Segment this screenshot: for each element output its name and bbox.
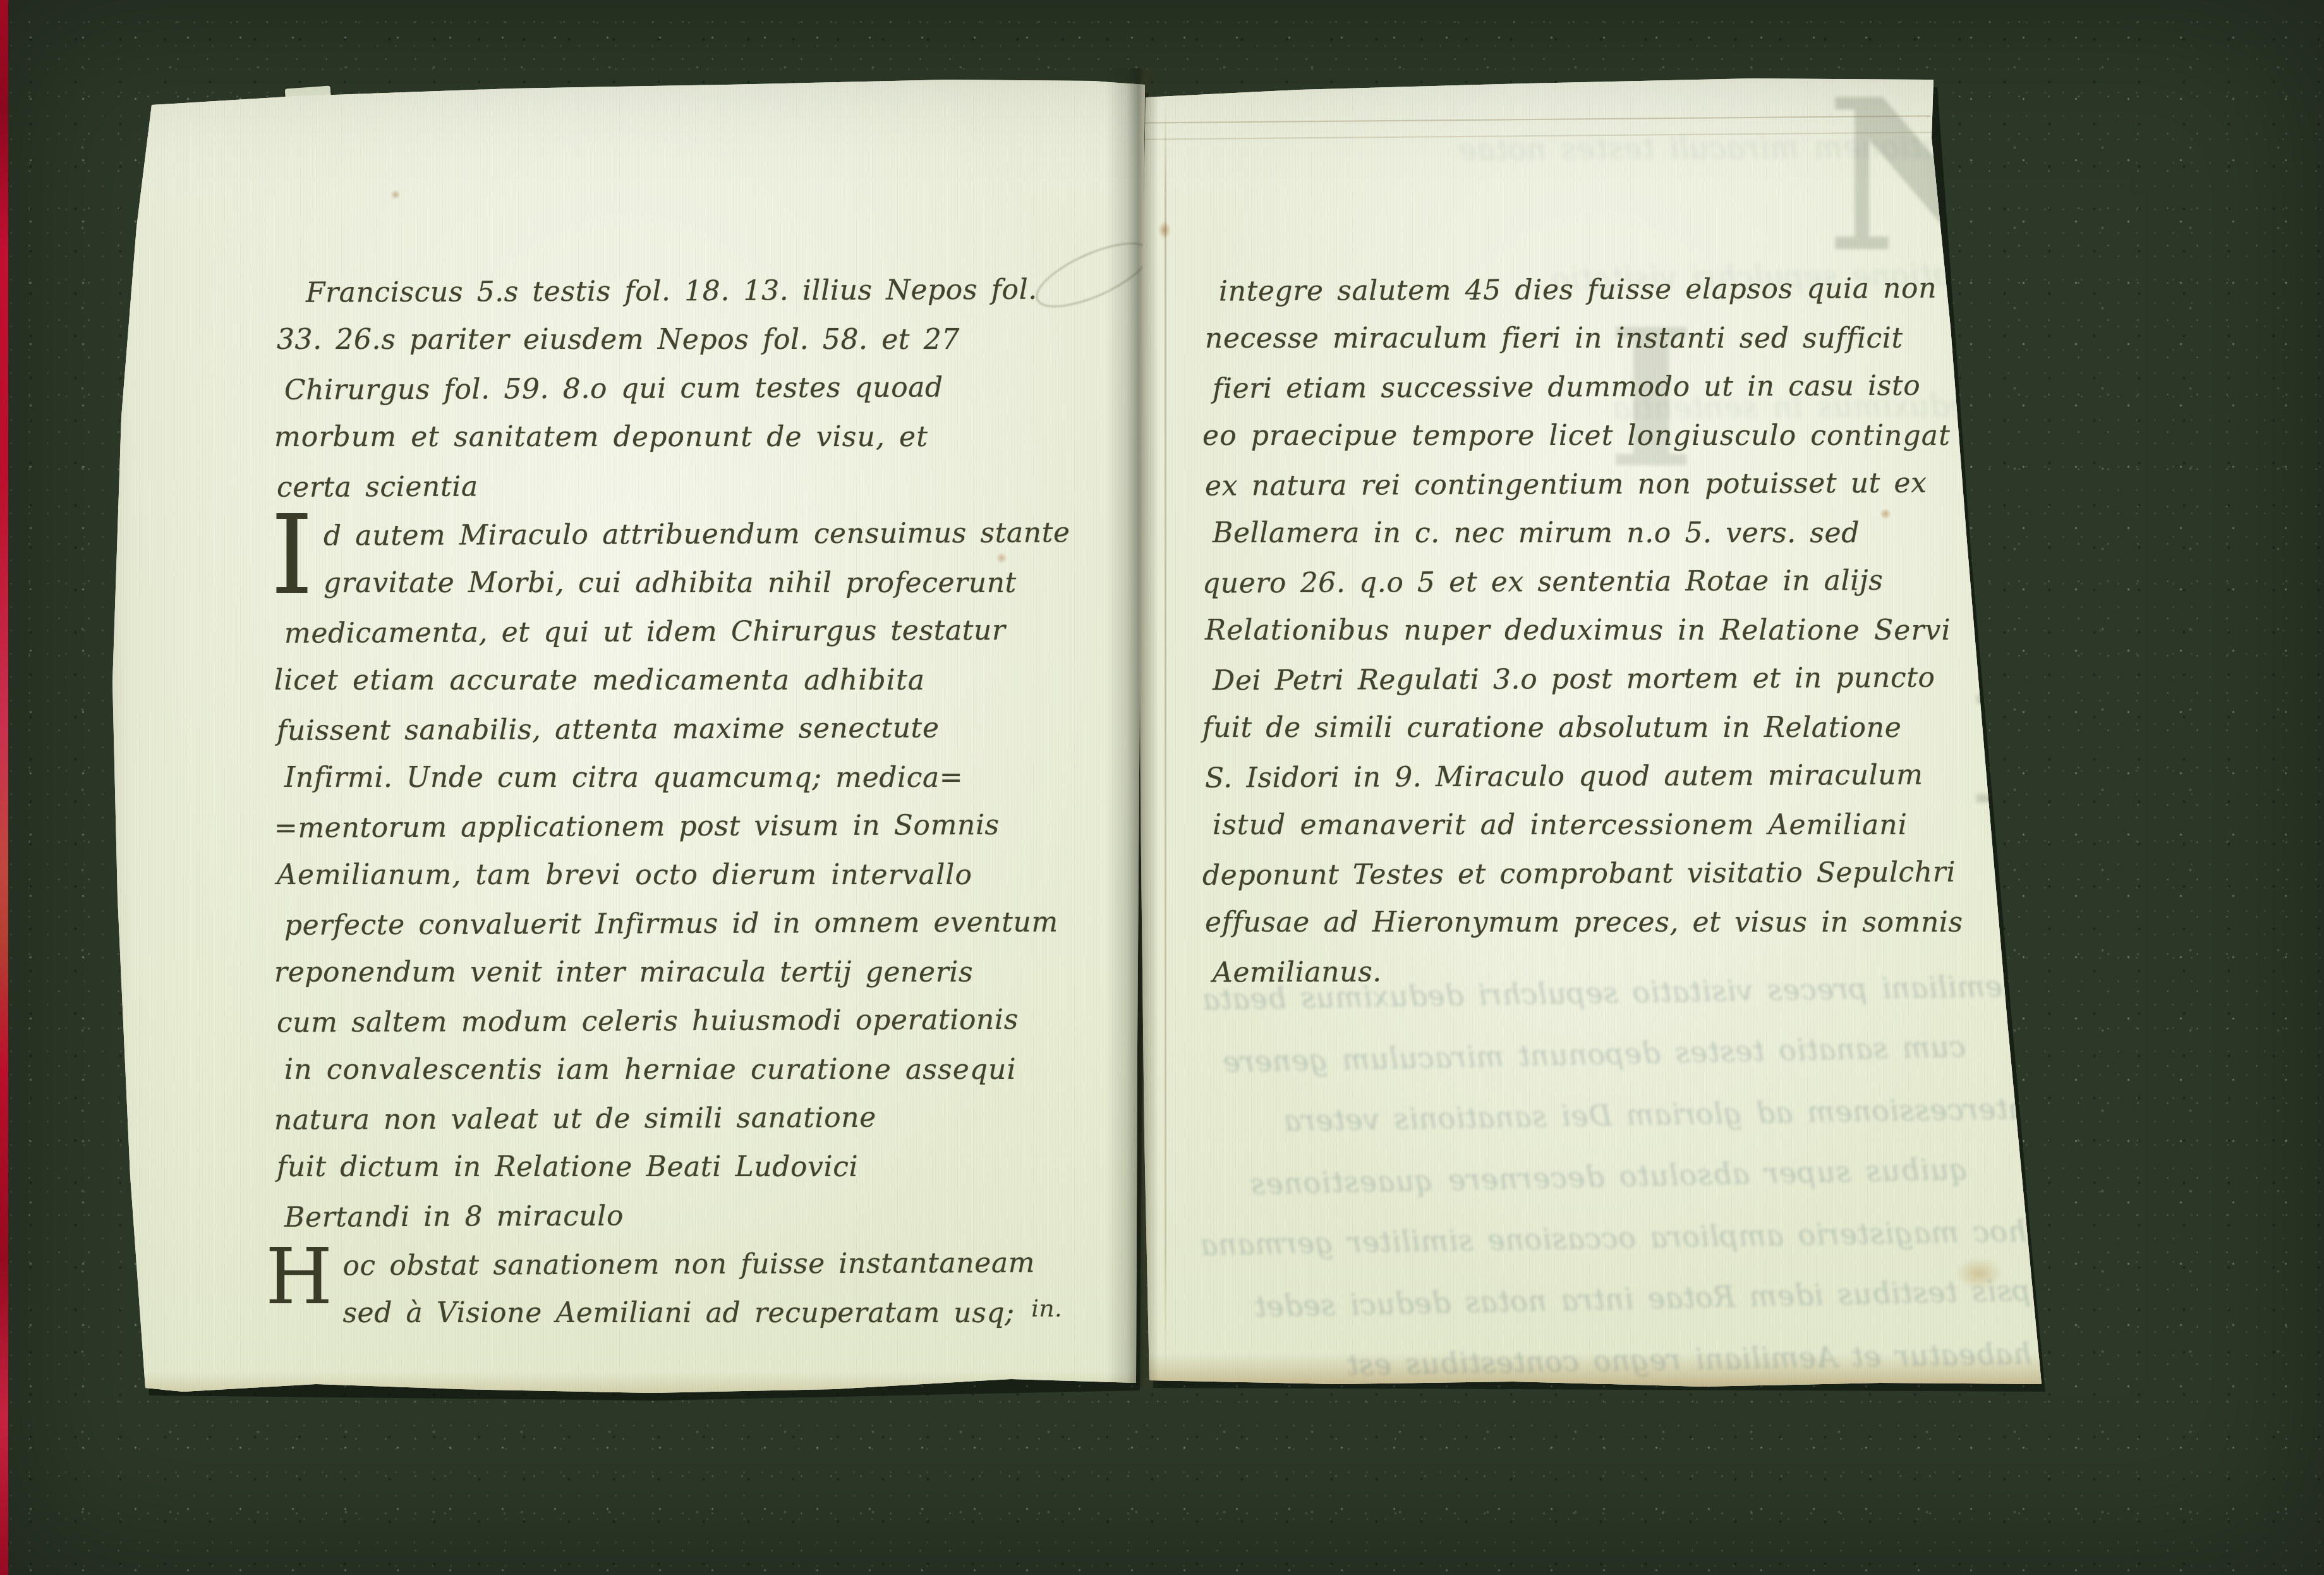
manuscript-line: deponunt Testes et comprobant visitatio … bbox=[1202, 848, 1970, 899]
manuscript-line: Aemilianum, tam brevi octo dierum interv… bbox=[277, 851, 1105, 899]
manuscript-line: certa scientia bbox=[277, 459, 1105, 512]
manuscript-line: sed à Visione Aemiliani ad recuperatam u… bbox=[277, 1289, 1105, 1337]
catchword: in. bbox=[1031, 1294, 1062, 1322]
manuscript-line: sanationem miraculi testes notae bbox=[1183, 82, 1995, 217]
right-page: N I H sanationem miraculi testes notaere… bbox=[1134, 62, 2063, 1396]
left-paragraph-2-lines: d autem Miraculo attribuendum censuimus … bbox=[277, 510, 1105, 1240]
right-paragraph-1-lines: integre salutem 45 dies fuisse elapsos q… bbox=[1205, 265, 1970, 995]
manuscript-line: fuissent sanabilis, attenta maxime senec… bbox=[277, 703, 1105, 755]
manuscript-line: d autem Miraculo attribuendum censuimus … bbox=[274, 508, 1105, 561]
left-paragraph-1-lines: Franciscus 5.s testis fol. 18. 13. illiu… bbox=[277, 267, 1105, 510]
manuscript-line: perfecte convaluerit Infirmus id in omne… bbox=[284, 897, 1105, 950]
foxing-stain bbox=[390, 190, 401, 200]
manuscript-line: morbum et sanitatem deponunt de visu, et bbox=[274, 413, 1105, 461]
manuscript-line: istud emanaverit ad intercessionem Aemil… bbox=[1213, 801, 1970, 849]
manuscript-line: effusae ad Hieronymum preces, et visus i… bbox=[1205, 898, 1970, 947]
bleedthrough-text-lower: Aemiliani preces visitatio sepulchri ded… bbox=[1161, 954, 2030, 1401]
manuscript-line: cum saltem modum celeris huiusmodi opera… bbox=[277, 995, 1105, 1047]
spine-red-strip bbox=[0, 0, 8, 1575]
manuscript-line: 33. 26.s pariter eiusdem Nepos fol. 58. … bbox=[277, 315, 1105, 364]
manuscript-line: reponendum venit inter miracula tertij g… bbox=[274, 948, 1105, 997]
right-paragraph-1: integre salutem 45 dies fuisse elapsos q… bbox=[1205, 265, 1970, 995]
manuscript-line: Bertandi in 8 miraculo bbox=[284, 1189, 1105, 1242]
manuscript-line: =mentorum applicationem post visum in So… bbox=[274, 800, 1105, 853]
manuscript-line: gravitate Morbi, cui adhibita nihil prof… bbox=[277, 559, 1105, 607]
manuscript-line: natura non valeat ut de simili sanatione bbox=[274, 1092, 1105, 1145]
manuscript-line: necesse miraculum fieri in instanti sed … bbox=[1205, 314, 1970, 363]
manuscript-line: licet etiam accurate medicamenta adhibit… bbox=[274, 656, 1105, 705]
manuscript-line: in convalescentis iam herniae curatione … bbox=[284, 1045, 1105, 1094]
manuscript-line: ex natura rei contingentium non potuisse… bbox=[1205, 458, 1970, 510]
photographed-manuscript-spread: { "document": { "kind": "Handwritten Lat… bbox=[0, 0, 2324, 1575]
manuscript-line: fuit dictum in Relatione Beati Ludovici bbox=[277, 1143, 1105, 1191]
left-page: Franciscus 5.s testis fol. 18. 13. illiu… bbox=[107, 63, 1150, 1416]
left-paragraph-2: I d autem Miraculo attribuendum censuimu… bbox=[277, 510, 1105, 1240]
manuscript-line: Franciscus 5.s testis fol. 18. 13. illiu… bbox=[306, 265, 1105, 317]
manuscript-line: eo praecipue tempore licet longiusculo c… bbox=[1202, 411, 1970, 460]
manuscript-line: fuit de simili curatione absolutum in Re… bbox=[1202, 703, 1970, 752]
left-page-text: Franciscus 5.s testis fol. 18. 13. illiu… bbox=[277, 267, 1105, 1337]
manuscript-line: Relationibus nuper deduximus in Relation… bbox=[1205, 606, 1970, 655]
manuscript-line: Bellamera in c. nec mirum n.o 5. vers. s… bbox=[1213, 509, 1970, 557]
manuscript-line: S. Isidori in 9. Miraculo quod autem mir… bbox=[1205, 750, 1970, 802]
manuscript-line: Infirmi. Unde cum citra quamcumq; medica… bbox=[284, 753, 1105, 802]
left-paragraph-1: Franciscus 5.s testis fol. 18. 13. illiu… bbox=[277, 267, 1105, 510]
left-paragraph-3-lines: oc obstat sanationem non fuisse instanta… bbox=[277, 1240, 1105, 1337]
manuscript-line: integre salutem 45 dies fuisse elapsos q… bbox=[1219, 264, 1970, 315]
right-page-text: integre salutem 45 dies fuisse elapsos q… bbox=[1205, 265, 1970, 995]
left-paragraph-3: H oc obstat sanationem non fuisse instan… bbox=[277, 1240, 1105, 1337]
manuscript-line: oc obstat sanationem non fuisse instanta… bbox=[274, 1238, 1105, 1291]
manuscript-line: Chirurgus fol. 59. 8.o qui cum testes qu… bbox=[284, 362, 1105, 415]
manuscript-line: fieri etiam successive dummodo ut in cas… bbox=[1213, 361, 1970, 413]
manuscript-line: quero 26. q.o 5 et ex sententia Rotae in… bbox=[1202, 556, 1970, 607]
manuscript-line: Dei Petri Regulati 3.o post mortem et in… bbox=[1213, 653, 1970, 705]
manuscript-line: medicamenta, et qui ut idem Chirurgus te… bbox=[284, 605, 1105, 658]
